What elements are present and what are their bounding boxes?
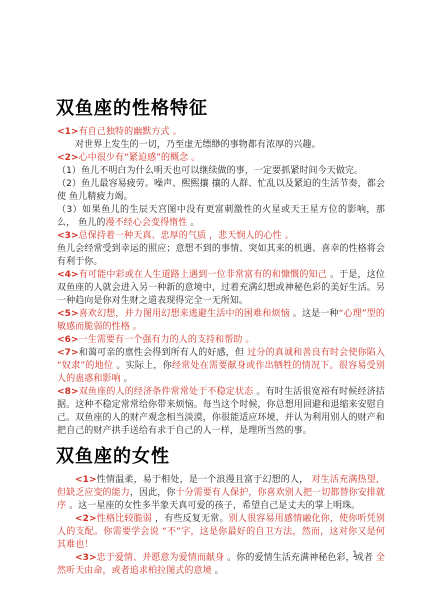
- text-run: 。: [187, 218, 199, 228]
- text-run: 。实际上，你: [113, 361, 172, 371]
- text-run: <4>: [57, 270, 79, 280]
- text-run: 总保持着一种天真、忠厚的气质 ，悲天悯人的心性 。: [79, 231, 294, 241]
- paragraph: <1>性情温柔，易于相处，是一个浪漫且富于幻想的人， 对生活充满热望，但缺乏应变…: [57, 474, 385, 513]
- text-run: 鱼儿会经常受到幸运的照应；意想不到的事情、突如其来的机遇、喜幸的性格将会有利于你…: [57, 244, 385, 267]
- paragraph: <8>双鱼座的人的经济条件常常处于不稳定状态 。有时生活很宽裕有时候经济拮据。这…: [57, 386, 385, 438]
- text-run: 和蔼可亲的禀性会得到所有人的好感，但: [79, 348, 248, 358]
- text-run: ，有些反复无常。: [152, 514, 229, 524]
- text-run: <6>: [57, 335, 79, 345]
- text-run: （1）鱼儿不明白为什么明天也可以继续做的事，一定要抓紧时间今天做完。: [57, 166, 363, 176]
- text-run: 有可能中彩或在人生道路上遇到一位非常富有的和慷慨的知己: [79, 270, 327, 280]
- paragraph: （2）鱼儿最容易疲劳。噪声、熙熙攘 攘的人群、忙乱以及紧迫的生活节奏，都会使 鱼…: [57, 178, 385, 204]
- paragraph: （3）如果鱼儿的生辰天宫图中没有更富刺激性的火星或天王星方位的影响，那么， 鱼儿…: [57, 204, 385, 230]
- paragraph: （1）鱼儿不明白为什么明天也可以继续做的事，一定要抓紧时间今天做完。: [57, 165, 385, 178]
- text-run: <7>: [57, 348, 79, 358]
- text-run: <1>: [75, 475, 97, 485]
- text-run: <2>: [57, 153, 79, 163]
- text-run: <5>: [57, 309, 79, 319]
- document-body: 双鱼座的性格特征<1>有自己独特的幽默方式 。对世界上发生的一切，乃至虚无缥缈的…: [57, 98, 385, 578]
- section-heading: 双鱼座的性格特征: [56, 98, 385, 120]
- paragraph: <3>总保持着一种天真、忠厚的气质 ，悲天悯人的心性 。: [57, 230, 385, 243]
- paragraph: <2>心中很少有“紧迫感”的概念 。: [57, 152, 385, 165]
- text-run: 。这一星座的女性多半象天真可爱的孩子，希望自己是丈夫的掌上明珠。: [69, 501, 360, 511]
- paragraph: <2>性格比较脆弱 ，有些反复无常。别人很容易用感情融化你，使你听凭别人的支配。…: [57, 513, 385, 552]
- text-run: 双鱼座的人的经济条件常常处于不稳定状态: [79, 387, 254, 397]
- text-run: <2>: [75, 514, 97, 524]
- paragraph: <4>有可能中彩或在人生道路上遇到一位非常富有的和慷慨的知己 。于是，这位双鱼座…: [57, 269, 385, 308]
- paragraph: <5>喜欢幻想，并力图用幻想来逃避生活中的困难和烦恼 。这是一种“心理”型的敏感…: [57, 308, 385, 334]
- text-run: 对世界上发生的一切，乃至虚无缥缈的事物都有浓厚的兴趣。: [75, 140, 321, 150]
- text-run: 漫不经心会变得惰性: [105, 218, 187, 228]
- text-run: 有自己独特的幽默方式 。: [79, 127, 182, 137]
- text-run: 性格比较脆弱: [97, 514, 152, 524]
- paragraph: <3>忠于爱情、并愿意为爱情而献身 。你的爱情生活充满神秘色彩，或者 全然听天由…: [57, 552, 385, 578]
- text-run: 。: [121, 374, 133, 384]
- paragraph: <1>有自己独特的幽默方式 。: [57, 126, 385, 139]
- paragraph: 对世界上发生的一切，乃至虚无缥缈的事物都有浓厚的兴趣。: [57, 139, 385, 152]
- text-run: 。这是一种: [290, 309, 339, 319]
- document-page: 双鱼座的性格特征<1>有自己独特的幽默方式 。对世界上发生的一切，乃至虚无缥缈的…: [0, 0, 424, 600]
- paragraph: <6>一生需要有一个强有力的人的支持和帮助 。: [57, 334, 385, 347]
- text-run: <3>: [75, 553, 97, 563]
- text-run: ，因此，你: [130, 488, 176, 498]
- text-run: 。: [215, 566, 224, 576]
- page-number: 1: [352, 550, 358, 560]
- text-run: 心中很少有“紧迫感”的概念 。: [79, 153, 201, 163]
- text-run: 喜欢幻想，并力图用幻想来逃避生活中的困难和烦恼: [79, 309, 290, 319]
- text-run: <1>: [57, 127, 79, 137]
- text-run: 忠于爱情、并愿意为爱情而献身: [97, 553, 228, 563]
- paragraph: <7>和蔼可亲的禀性会得到所有人的好感，但 过分的真诚和善良有时会使你陷入 “奴…: [57, 347, 385, 386]
- paragraph: 鱼儿会经常受到幸运的照应；意想不到的事情、突如其来的机遇、喜幸的性格将会有利于你…: [57, 243, 385, 269]
- text-run: <8>: [57, 387, 79, 397]
- text-run: 性情温柔，易于相处，是一个浪漫且富于幻想的人，: [97, 475, 312, 485]
- text-run: <3>: [57, 231, 79, 241]
- text-run: （2）鱼儿最容易疲劳。噪声、熙熙攘 攘的人群、忙乱以及紧迫的生活节奏，都会使 鱼…: [57, 179, 385, 202]
- section-heading: 双鱼座的女性: [56, 446, 385, 468]
- text-run: 一生需要有一个强有力的人的支持和帮助 。: [79, 335, 255, 345]
